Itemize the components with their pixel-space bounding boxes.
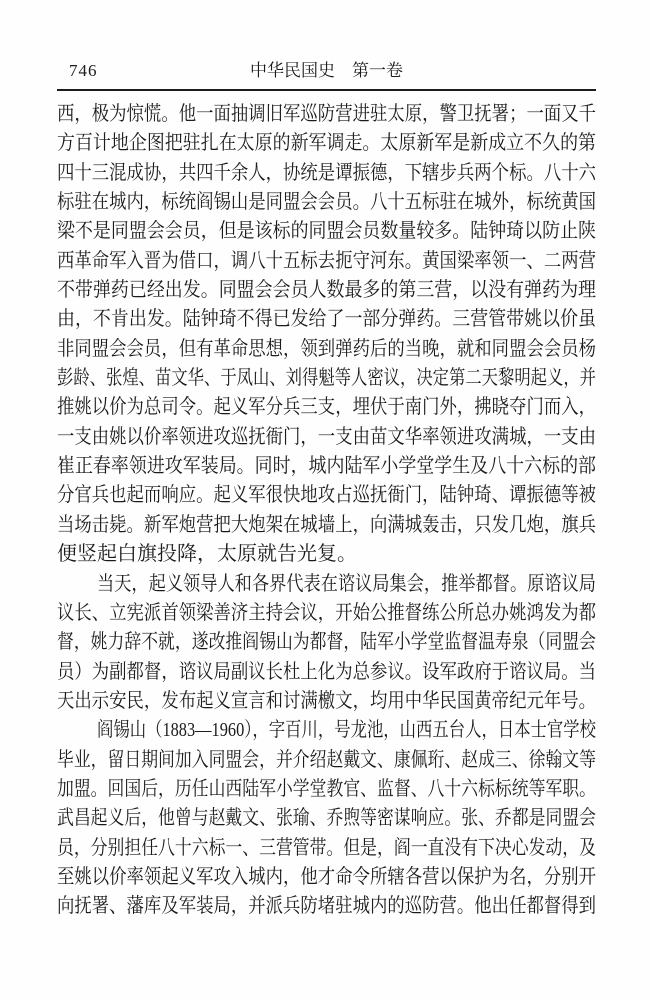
text-line: 彭龄、张煌、苗文华、于凤山、刘得魁等人密议，决定第二天黎明起义，并	[57, 364, 596, 393]
text-line: 阎锡山（1883—1960），字百川，号龙池，山西五台人，日本士官学校	[57, 716, 596, 745]
page-number: 746	[69, 60, 98, 82]
text-line: 毕业，留日期间加入同盟会，并介绍赵戴文、康佩珩、赵成三、徐翰文等	[57, 746, 596, 775]
page-content: 746 中华民国史 第一卷 西，极为惊慌。他一面抽调旧军巡防营进驻太原，警卫抚署…	[57, 60, 596, 922]
text-line: 便竖起白旗投降，太原就告光复。	[57, 540, 596, 569]
running-header: 746 中华民国史 第一卷	[57, 60, 596, 82]
text-line: 方百计地企图把驻扎在太原的新军调走。太原新军是新成立不久的第	[57, 129, 596, 158]
text-line: 一支由姚以价率领进攻巡抚衙门，一支由苗文华率领进攻满城，一支由	[57, 423, 596, 452]
text-line: 议长、立宪派首领梁善济主持会议，开始公推督练公所总办姚鸿发为都	[57, 599, 596, 628]
running-head-title: 中华民国史 第一卷	[57, 60, 596, 82]
text-line: 不带弹药已经出发。同盟会会员人数最多的第三营，以没有弹药为理	[57, 276, 596, 305]
paragraph: 当天，起义领导人和各界代表在谘议局集会，推举都督。原谘议局议长、立宪派首领梁善济…	[57, 570, 596, 717]
text-line: 西革命军入晋为借口，调八十五标去扼守河东。黄国梁率领一、二两营	[57, 247, 596, 276]
text-line: 四十三混成协，共四千余人，协统是谭振德，下辖步兵两个标。八十六	[57, 159, 596, 188]
text-line: 加盟。回国后，历任山西陆军小学堂教官、监督、八十六标标统等军职。	[57, 775, 596, 804]
paragraph: 阎锡山（1883—1960），字百川，号龙池，山西五台人，日本士官学校毕业，留日…	[57, 716, 596, 921]
book-page: 746 中华民国史 第一卷 西，极为惊慌。他一面抽调旧军巡防营进驻太原，警卫抚署…	[0, 0, 652, 1000]
text-line: 天出示安民，发布起义宣言和讨满檄文，均用中华民国黄帝纪元年号。	[57, 687, 596, 716]
paragraph: 西，极为惊慌。他一面抽调旧军巡防营进驻太原，警卫抚署；一面又千方百计地企图把驻扎…	[57, 100, 596, 570]
text-line: 员，分别担任八十六标一、三营管带。但是，阎一直没有下决心发动，及	[57, 834, 596, 863]
text-line: 由，不肯出发。陆钟琦不得已发给了一部分弹药。三营管带姚以价虽	[57, 305, 596, 334]
text-line: 非同盟会会员，但有革命思想，领到弹药后的当晚，就和同盟会会员杨	[57, 335, 596, 364]
text-line: 推姚以价为总司令。起义军分兵三支，埋伏于南门外，拂晓夺门而入，	[57, 393, 596, 422]
text-line: 崔正春率领进攻军装局。同时，城内陆军小学堂学生及八十六标的部	[57, 452, 596, 481]
text-line: 至姚以价率领起义军攻入城内，他才命令所辖各营以保护为名，分别开	[57, 863, 596, 892]
text-line: 当场击毙。新军炮营把大炮架在城墙上，向满城轰击，只发几炮，旗兵	[57, 511, 596, 540]
text-line: 向抚署、藩库及军装局，并派兵防堵驻城内的巡防营。他出任都督得到	[57, 892, 596, 921]
text-line: 分官兵也起而响应。起义军很快地攻占巡抚衙门，陆钟琦、谭振德等被	[57, 481, 596, 510]
text-line: 员）为副都督，谘议局副议长杜上化为总参议。设军政府于谘议局。当	[57, 658, 596, 687]
text-line: 督，姚力辞不就，遂改推阎锡山为都督，陆军小学堂监督温寿泉（同盟会	[57, 628, 596, 657]
text-line: 标驻在城内，标统阎锡山是同盟会会员。八十五标驻在城外，标统黄国	[57, 188, 596, 217]
text-line: 当天，起义领导人和各界代表在谘议局集会，推举都督。原谘议局	[57, 570, 596, 599]
text-line: 西，极为惊慌。他一面抽调旧军巡防营进驻太原，警卫抚署；一面又千	[57, 100, 596, 129]
body-text: 西，极为惊慌。他一面抽调旧军巡防营进驻太原，警卫抚署；一面又千方百计地企图把驻扎…	[57, 100, 596, 922]
text-line: 梁不是同盟会会员，但是该标的同盟会员数量较多。陆钟琦以防止陕	[57, 217, 596, 246]
header-rule	[57, 89, 596, 91]
text-line: 武昌起义后，他曾与赵戴文、张瑜、乔煦等密谋响应。张、乔都是同盟会	[57, 804, 596, 833]
